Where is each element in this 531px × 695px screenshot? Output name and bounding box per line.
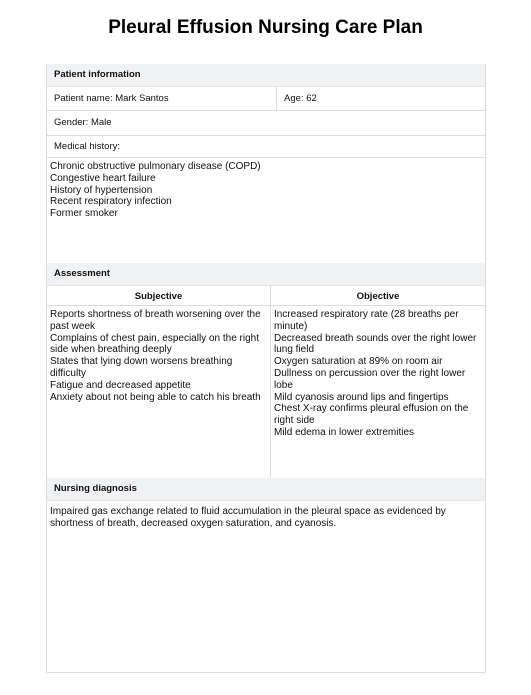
list-item: Decreased breath sounds over the right l…: [274, 333, 482, 357]
gender-field[interactable]: Gender: Male: [47, 111, 112, 135]
age-value: 62: [306, 93, 317, 104]
patient-name-field[interactable]: Patient name: Mark Santos: [47, 87, 277, 110]
list-item: Mild cyanosis around lips and fingertips: [274, 392, 482, 404]
nursing-diagnosis-text[interactable]: Impaired gas exchange related to fluid a…: [47, 500, 485, 672]
gender-label: Gender:: [54, 117, 91, 128]
medical-history-label: Medical history:: [47, 136, 120, 157]
section-heading-nursing-diagnosis: Nursing diagnosis: [47, 478, 485, 500]
list-item: Anxiety about not being able to catch hi…: [50, 392, 267, 404]
list-item: Chest X-ray confirms pleural effusion on…: [274, 403, 482, 427]
gender-row: Gender: Male: [47, 111, 485, 136]
medical-history-row: Medical history:: [47, 136, 485, 158]
assessment-body: Reports shortness of breath worsening ov…: [47, 306, 485, 478]
patient-name-value: Mark Santos: [115, 93, 168, 104]
section-heading-assessment: Assessment: [47, 263, 485, 285]
assessment-column-headers: Subjective Objective: [47, 285, 485, 306]
list-item: Mild edema in lower extremities: [274, 427, 482, 439]
list-item: Congestive heart failure: [50, 173, 482, 185]
age-label: Age:: [284, 93, 306, 104]
list-item: States that lying down worsens breathing…: [50, 356, 267, 380]
objective-heading: Objective: [271, 285, 485, 306]
list-item: Recent respiratory infection: [50, 196, 482, 208]
list-item: Former smoker: [50, 208, 482, 220]
list-item: Complains of chest pain, especially on t…: [50, 333, 267, 357]
care-plan-table: Patient information Patient name: Mark S…: [46, 64, 486, 673]
patient-name-label: Patient name:: [54, 93, 115, 104]
objective-list[interactable]: Increased respiratory rate (28 breaths p…: [271, 306, 485, 478]
age-field[interactable]: Age: 62: [277, 87, 485, 110]
list-item: Dullness on percussion over the right lo…: [274, 368, 482, 392]
page-title: Pleural Effusion Nursing Care Plan: [0, 17, 531, 39]
subjective-list[interactable]: Reports shortness of breath worsening ov…: [47, 306, 271, 478]
gender-value: Male: [91, 117, 112, 128]
list-item: Oxygen saturation at 89% on room air: [274, 356, 482, 368]
list-item: Increased respiratory rate (28 breaths p…: [274, 309, 482, 333]
medical-history-list[interactable]: Chronic obstructive pulmonary disease (C…: [47, 158, 485, 263]
list-item: Chronic obstructive pulmonary disease (C…: [50, 161, 482, 173]
section-heading-patient-information: Patient information: [47, 64, 485, 86]
list-item: History of hypertension: [50, 185, 482, 197]
list-item: Fatigue and decreased appetite: [50, 380, 267, 392]
list-item: Reports shortness of breath worsening ov…: [50, 309, 267, 333]
patient-name-age-row: Patient name: Mark Santos Age: 62: [47, 86, 485, 111]
subjective-heading: Subjective: [47, 285, 271, 306]
